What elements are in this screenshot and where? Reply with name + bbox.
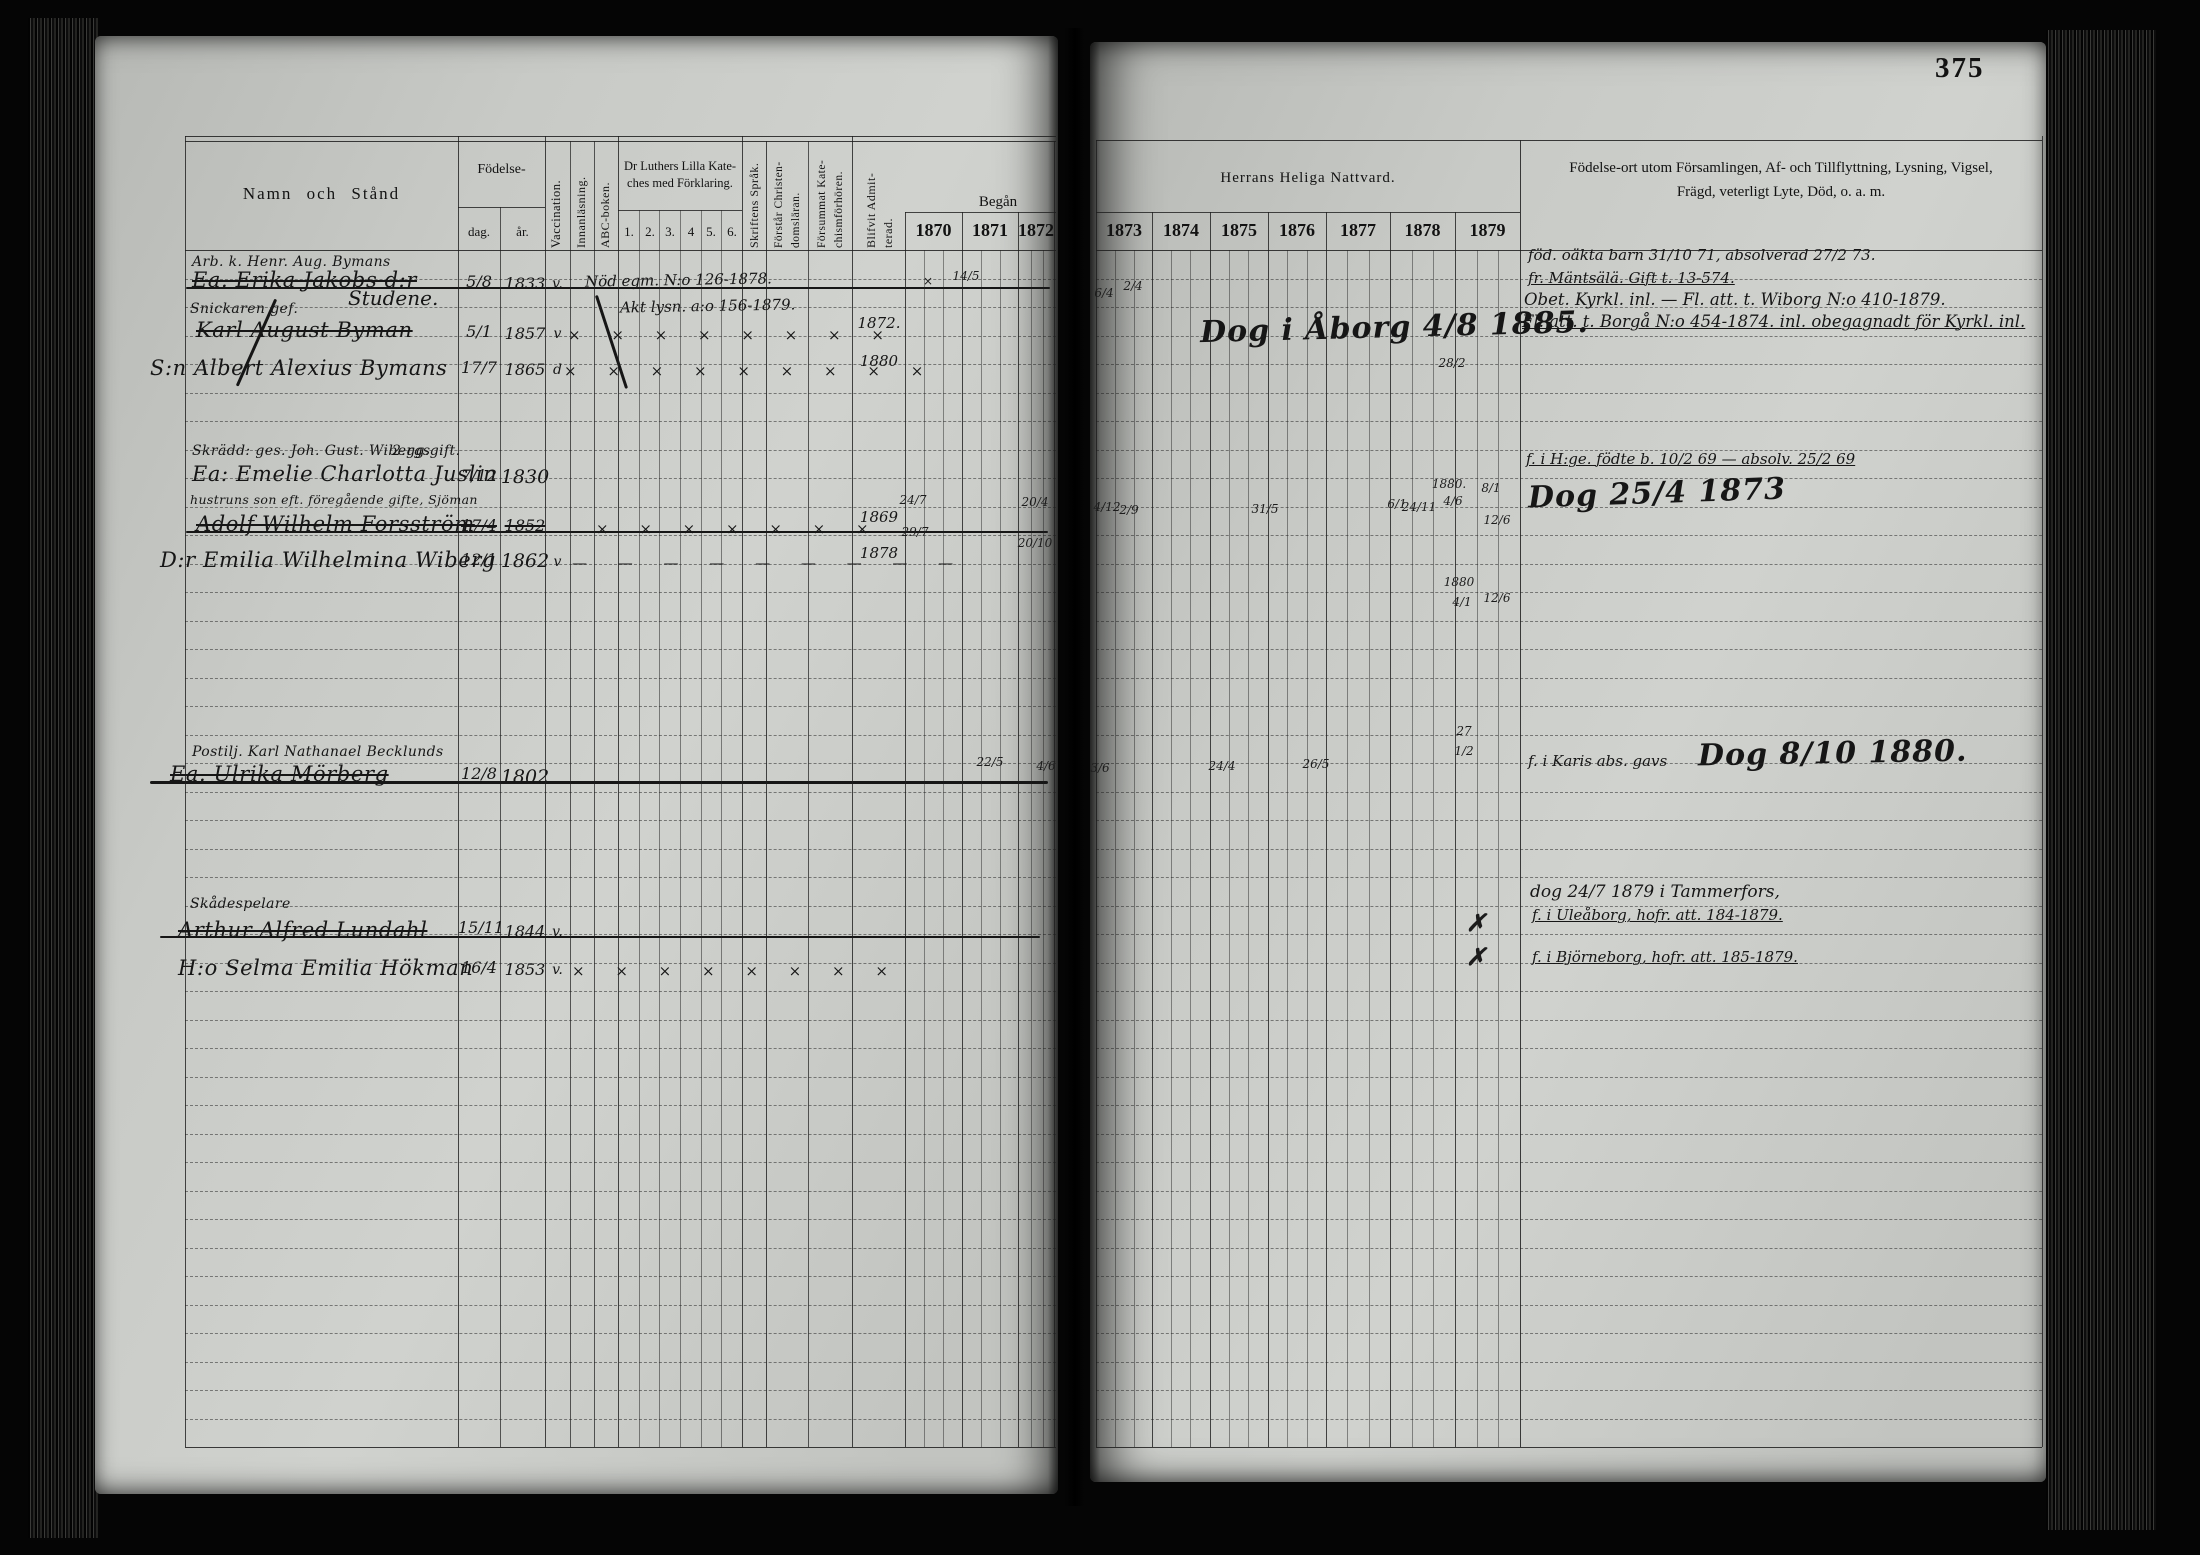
grid-line [1096,1333,2042,1334]
grid-mark: 4/1 [1452,595,1471,609]
entry-name: Ea: Emelie Charlotta Juslin [192,462,497,486]
entry-name: D:r Emilia Wilhelmina Wiberg [160,548,496,572]
grid-mark: 31/5 [1252,502,1279,516]
entry-birth-day: 17/7 [458,358,500,377]
grid-line [185,849,1056,850]
grid-line [1096,991,2042,992]
grid-line [1096,1447,2042,1448]
year-header-1875: 1875 [1210,220,1268,241]
grid-line [1096,678,2042,679]
grid-mark: 14/5 [953,269,980,283]
grid-line [185,1162,1056,1163]
note-line: dog 24/7 1879 i Tammerfors, [1530,882,1780,902]
grid-line [185,1305,1056,1306]
grid-line [1096,364,2042,365]
book-left-edge [28,18,98,1538]
col-header-vaccination: Vaccination. [549,146,564,248]
grid-line [458,207,545,208]
entry-vaccination: v. [545,962,570,978]
entry-birth-year: 1833 [500,274,550,293]
entry-occupation: Postilj. Karl Nathanael Becklunds [192,744,444,760]
grid-line [905,212,1056,213]
col-header-name: Namn och Stånd [185,184,458,204]
strike-line [160,936,1040,938]
grid-mark: 20/10 [1018,536,1053,550]
grid-line [1096,763,2042,764]
grid-line [1096,849,2042,850]
grid-line [1096,1134,2042,1135]
page-number: 375 [1935,52,1985,85]
grid-line [2042,136,2043,1447]
grid-line [962,212,963,1447]
year-header-1873: 1873 [1096,220,1152,241]
grid-line [185,1134,1056,1135]
grid-line [1096,1105,2042,1106]
grid-line [185,934,1056,935]
grid-line [1096,934,2042,935]
grid-mark: 4/12 [1094,500,1121,514]
entry-admitted-year: 1878 [856,544,902,562]
grid-line [185,507,1056,508]
grid-line [1096,649,2042,650]
grid-line [905,212,906,1447]
grid-line [1096,393,2042,394]
col-header-understands-2: domsläran. [790,146,802,248]
grid-mark: 24/11 [1402,500,1437,514]
col-header-missed-1: Försummat Kate- [816,146,828,248]
grid-line [1096,307,2042,308]
year-header-1870: 1870 [905,220,962,241]
grid-line [1096,250,2042,251]
grid-line [185,141,1056,142]
grid-line [185,136,1056,137]
grid-mark: × [923,274,933,288]
scanned-parish-register: 375 Namn och Stånd Födelse- dag. år. Vac… [0,0,2200,1555]
grid-line [1096,1219,2042,1220]
col-header-notes-line2: Frägd, veterligt Lyte, Död, o. a. m. [1524,184,2038,201]
grid-line [185,963,1056,964]
note-line: Fl. att. t. Borgå N:o 454-1874. inl. obe… [1522,312,2025,331]
catechism-sub-2: 2. [640,224,660,240]
entry-birth-year: 1865 [500,360,550,379]
entry-exam-marks: — — — — — — — — — [572,554,966,572]
entry-admitted-year: 1869 [856,508,902,526]
note-line: f. i H:ge. födte b. 10/2 69 — absolv. 25… [1526,450,1855,468]
col-header-reading: Innanläsning. [574,146,589,248]
grid-line [185,1191,1056,1192]
grid-line [185,1419,1056,1420]
col-header-abc-book: ABC-boken. [598,146,613,248]
grid-mark: 4/6 [1443,494,1462,508]
entry-name: Arthur Alfred Lundahl [178,918,427,942]
entry-birth-day: 12/1 [458,550,500,569]
strike-line [150,781,1048,784]
grid-line [185,763,1056,764]
grid-mark: 1880 [1444,575,1475,589]
grid-mark: 29/7 [902,525,929,539]
grid-mark: 8/1 [1481,481,1500,495]
grid-line [1096,1191,2042,1192]
grid-line [185,1077,1056,1078]
grid-line [1096,336,2042,337]
grid-line [185,621,1056,622]
catechism-sub-1: 1. [619,224,639,240]
grid-mark: 3/6 [1090,761,1109,775]
grid-mark: 22/5 [977,755,1004,769]
grid-line [1096,1048,2042,1049]
grid-mark: 6/4 [1094,286,1113,300]
grid-line [1018,212,1019,1447]
grid-mark: 1880. [1432,477,1466,491]
entry-birth-year: 1857 [500,324,550,343]
grid-line [185,1048,1056,1049]
grid-line [1096,906,2042,907]
grid-line [185,706,1056,707]
grid-mark: 20/4 [1022,495,1049,509]
year-header-1879: 1879 [1455,220,1520,241]
grid-line [1096,535,2042,536]
col-header-nattvard: Herrans Heliga Nattvard. [1096,170,1520,187]
grid-mark: 1/2 [1454,744,1473,758]
grid-line [1096,592,2042,593]
grid-line [1096,963,2042,964]
entry-vaccination: v [545,554,570,570]
grid-line [1096,1276,2042,1277]
catechism-sub-5: 5. [701,224,721,240]
col-header-scripture: Skriftens Språk. [747,146,762,248]
entry-name: S:n Albert Alexius Bymans [150,356,447,380]
col-header-understands-1: Förstår Christen- [773,146,785,248]
grid-mark: 2/4 [1123,279,1142,293]
grid-line [185,991,1056,992]
grid-line [721,210,722,1447]
grid-mark: 12/6 [1484,513,1511,527]
catechism-sub-3: 3. [660,224,680,240]
grid-line [1096,1020,2042,1021]
entry-occupation: Snickaren gef. [190,301,298,317]
grid-mark: ✗ [1466,942,1486,971]
grid-line [1096,877,2042,878]
grid-mark: 24/4 [1209,759,1236,773]
grid-line [185,1390,1056,1391]
grid-line [1096,478,2042,479]
grid-line [185,1020,1056,1021]
entry-admitted-year: 1872. [856,314,902,332]
grid-line [185,1362,1056,1363]
entry-occupation: hustruns son eft. föregående gifte, Sjöm… [190,492,478,507]
grid-line [185,336,1056,337]
grid-line [185,592,1056,593]
year-header-1878: 1878 [1390,220,1455,241]
grid-line [1326,212,1327,1447]
grid-line [185,450,1056,451]
grid-line [1096,1390,2042,1391]
year-header-1872: 1872 [1014,220,1058,241]
entry-catechism-note: Akt lysn. a:o 156-1879. [620,295,796,316]
grid-line [185,1105,1056,1106]
grid-mark: 12/6 [1484,591,1511,605]
grid-line [1096,1248,2042,1249]
grid-line [1096,1419,2042,1420]
grid-line [1096,507,2042,508]
grid-mark: ✗ [1466,908,1486,937]
catechism-sub-6: 6. [722,224,742,240]
year-header-1877: 1877 [1326,220,1390,241]
grid-line [659,210,660,1447]
col-header-birth-year: år. [500,224,545,240]
grid-line [1390,212,1391,1447]
entry-vaccination: v [545,326,570,342]
grid-line [1096,820,2042,821]
grid-line [185,1248,1056,1249]
year-header-1874: 1874 [1152,220,1210,241]
grid-line [1096,1162,2042,1163]
col-header-began: Begån [940,194,1056,211]
grid-line [185,820,1056,821]
grid-line [185,877,1056,878]
col-header-admitted-2: terad. [881,150,896,248]
grid-line [1096,1305,2042,1306]
note-line: fr. Mäntsälä. Gift t. 13-574. [1528,269,1735,287]
grid-line [701,210,702,1447]
grid-line [185,307,1056,308]
grid-line [1096,706,2042,707]
grid-mark: 2/9 [1119,503,1138,517]
death-note: Dog 8/10 1880. [1698,734,1968,774]
grid-line [1096,140,2042,141]
entry-birth-year: 1830 [500,466,550,488]
entry-birth-year: 1862 [500,550,550,572]
grid-line [1096,735,2042,736]
grid-line [1096,1362,2042,1363]
col-header-catechism: Dr Luthers Lilla Kate­ches med Förklarin… [620,158,740,192]
grid-line [185,906,1056,907]
col-header-notes-line1: Födelse-ort utom Församlingen, Af- och T… [1524,160,2038,177]
note-line: f. i Uleåborg, hofr. att. 184-1879. [1532,906,1783,924]
grid-line [185,364,1056,365]
book-right-edge [2046,30,2156,1530]
grid-line [185,250,1056,251]
grid-line [185,421,1056,422]
grid-mark: 26/5 [1303,757,1330,771]
grid-line [185,1333,1056,1334]
catechism-sub-4: 4 [681,224,701,240]
note-line: f. i Karis abs. gavs [1528,752,1667,770]
grid-line [1096,1077,2042,1078]
grid-line [1096,421,2042,422]
col-header-birth: Födelse- [458,162,545,178]
grid-mark: 4/6 [1036,759,1055,773]
grid-line [1096,621,2042,622]
entry-birth-year: 1802 [500,766,550,788]
grid-line [680,210,681,1447]
grid-line [185,1219,1056,1220]
grid-line [185,649,1056,650]
grid-line [185,678,1056,679]
entry-birth-day: 7/12 [458,466,500,485]
grid-line [1096,212,1520,213]
grid-line [1096,279,2042,280]
note-line: föd. oäkta barn 31/10 71, absolverad 27/… [1528,246,1876,264]
col-header-missed-2: chismförhören. [833,146,845,248]
grid-line [1268,212,1269,1447]
grid-line [1210,212,1211,1447]
grid-line [1152,212,1153,1447]
grid-line [1455,212,1456,1447]
grid-line [1096,450,2042,451]
grid-line [185,478,1056,479]
entry-birth-day: 5/1 [458,322,500,341]
entry-admitted-year: 1880 [856,352,902,370]
grid-mark: 24/7 [900,493,927,507]
entry-name: H:o Selma Emilia Hökman [178,956,473,980]
grid-line [1096,564,2042,565]
grid-line [1096,792,2042,793]
grid-mark: 28/2 [1439,356,1466,370]
grid-line [639,210,640,1447]
entry-birth-year: 1844 [500,922,550,941]
col-header-birth-day: dag. [458,224,500,240]
grid-line [185,393,1056,394]
grid-line [618,210,742,211]
grid-line [185,1447,1056,1448]
entry-occupation: Skådespelare [190,896,291,912]
entry-birth-day: 16/4 [458,958,500,977]
year-header-1871: 1871 [962,220,1018,241]
col-header-admitted-1: Blifvit Admit- [864,150,879,248]
grid-line [185,564,1056,565]
entry-extra-note: 2.gg.gift. [392,443,460,459]
grid-line [185,1276,1056,1277]
grid-mark: 27 [1456,724,1471,738]
entry-name: Karl August Byman [196,318,413,342]
grid-line [185,792,1056,793]
grid-line [185,735,1056,736]
year-header-1876: 1876 [1268,220,1326,241]
